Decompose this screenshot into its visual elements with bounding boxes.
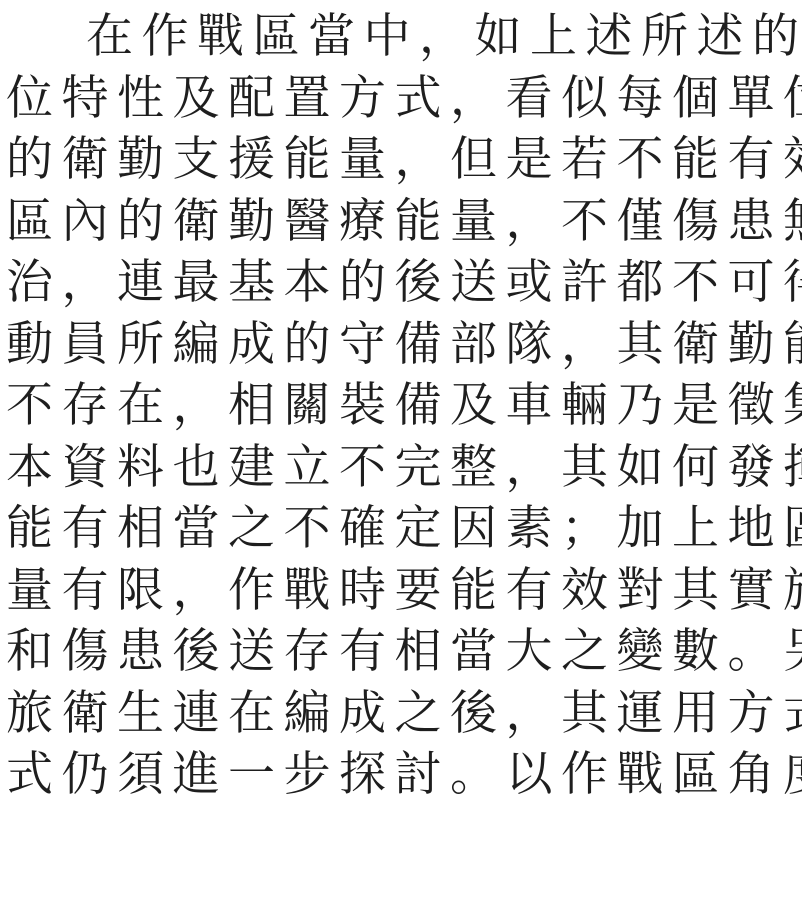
text-line-2: 位特性及配置方式，看似每個單位都有基礎 xyxy=(6,68,798,130)
text-line-13: 式仍須進一步探討。以作戰區角度來看，作戰 xyxy=(6,744,798,806)
text-line-8: 本資料也建立不完整，其如何發揮應有之功 xyxy=(6,437,798,499)
text-line-7: 不存在，相關裝備及車輛乃是徵集而來，基 xyxy=(6,375,798,437)
text-line-11: 和傷患後送存有相當大之變數。另外，打擊 xyxy=(6,621,798,683)
text-line-3: 的衛勤支援能量，但是若不能有效整合作戰 xyxy=(6,129,798,191)
text-line-6: 動員所編成的守備部隊，其衛勤能量平時並 xyxy=(6,314,798,376)
text-line-9: 能有相當之不確定因素；加上地區衛生營能 xyxy=(6,498,798,560)
text-line-4: 區內的衛勤醫療能量，不僅傷患無法獲得救 xyxy=(6,191,798,253)
text-line-5: 治，連最基本的後送或許都不可得。尤其是 xyxy=(6,252,798,314)
body-paragraph: 在作戰區當中，如上述所述的各衛勤單 位特性及配置方式，看似每個單位都有基礎 的衛… xyxy=(6,6,798,806)
text-line-10: 量有限，作戰時要能有效對其實施緊急救護 xyxy=(6,560,798,622)
document-page: 在作戰區當中，如上述所述的各衛勤單 位特性及配置方式，看似每個單位都有基礎 的衛… xyxy=(6,6,798,806)
text-line-1: 在作戰區當中，如上述所述的各衛勤單 xyxy=(6,6,798,68)
text-line-12: 旅衛生連在編成之後，其運用方式及支援模 xyxy=(6,683,798,745)
